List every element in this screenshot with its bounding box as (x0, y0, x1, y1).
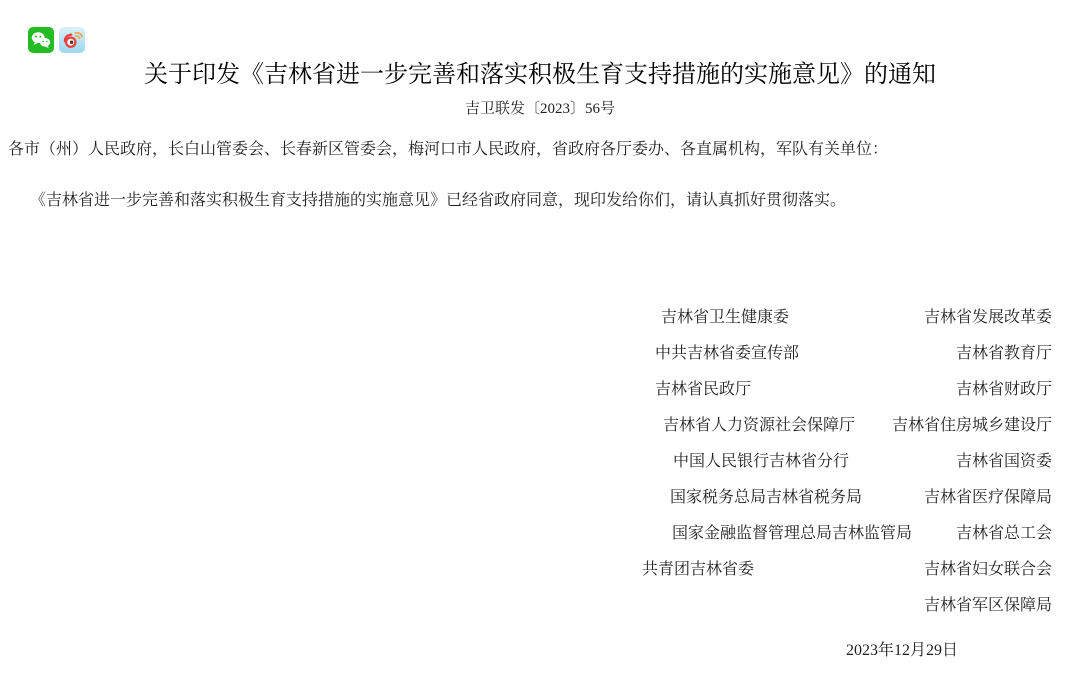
signer-row: 吉林省民政厅 吉林省财政厅 (0, 372, 1052, 408)
signer-row: 中国人民银行吉林省分行 吉林省国资委 (0, 444, 1052, 480)
signer-right: 吉林省住房城乡建设厅 (892, 408, 1052, 444)
signer-row: 吉林省军区保障局 (0, 588, 1052, 624)
signer-right: 吉林省军区保障局 (924, 588, 1052, 624)
signer-right: 吉林省国资委 (956, 444, 1052, 480)
signer-right: 吉林省总工会 (956, 516, 1052, 552)
signer-left: 中国人民银行吉林省分行 (673, 444, 849, 480)
signer-row: 共青团吉林省委 吉林省妇女联合会 (0, 552, 1052, 588)
doc-number: 吉卫联发〔2023〕56号 (0, 99, 1080, 119)
signer-row: 中共吉林省委宣传部 吉林省教育厅 (0, 336, 1052, 372)
signer-row: 国家税务总局吉林省税务局 吉林省医疗保障局 (0, 480, 1052, 516)
signer-right: 吉林省发展改革委 (924, 300, 1052, 336)
date-row: 2023年12月29日 (0, 633, 1052, 669)
signer-left: 吉林省卫生健康委 (661, 300, 789, 336)
signer-right: 吉林省财政厅 (956, 372, 1052, 408)
notice-body: 各市（州）人民政府，长白山管委会、长春新区管委会，梅河口市人民政府，省政府各厅委… (8, 138, 1072, 213)
signer-left: 国家金融监督管理总局吉林监管局 (672, 516, 912, 552)
signer-row: 吉林省卫生健康委 吉林省发展改革委 (0, 300, 1052, 336)
signer-left: 吉林省民政厅 (655, 372, 751, 408)
signer-right: 吉林省教育厅 (956, 336, 1052, 372)
signer-row: 国家金融监督管理总局吉林监管局 吉林省总工会 (0, 516, 1052, 552)
signer-left: 中共吉林省委宣传部 (655, 336, 799, 372)
signer-row: 吉林省人力资源社会保障厅 吉林省住房城乡建设厅 (0, 408, 1052, 444)
signer-left: 国家税务总局吉林省税务局 (670, 480, 862, 516)
signer-right: 吉林省医疗保障局 (924, 480, 1052, 516)
wechat-share-icon[interactable] (28, 27, 54, 53)
signer-left: 吉林省人力资源社会保障厅 (663, 408, 855, 444)
salutation-paragraph: 各市（州）人民政府，长白山管委会、长春新区管委会，梅河口市人民政府，省政府各厅委… (8, 138, 1072, 162)
body-paragraph: 《吉林省进一步完善和落实积极生育支持措施的实施意见》已经省政府同意，现印发给你们… (8, 189, 1072, 213)
signer-right: 吉林省妇女联合会 (924, 552, 1052, 588)
notice-title: 关于印发《吉林省进一步完善和落实积极生育支持措施的实施意见》的通知 (20, 58, 1060, 92)
share-bar (28, 27, 85, 53)
weibo-share-icon[interactable] (59, 27, 85, 53)
signer-left: 共青团吉林省委 (642, 552, 754, 588)
signers-block: 吉林省卫生健康委 吉林省发展改革委 中共吉林省委宣传部 吉林省教育厅 吉林省民政… (0, 300, 1080, 669)
wechat-logo (28, 27, 54, 53)
issue-date: 2023年12月29日 (846, 633, 958, 669)
notice-page: 关于印发《吉林省进一步完善和落实积极生育支持措施的实施意见》的通知 吉卫联发〔2… (0, 0, 1080, 675)
weibo-logo (59, 27, 85, 53)
